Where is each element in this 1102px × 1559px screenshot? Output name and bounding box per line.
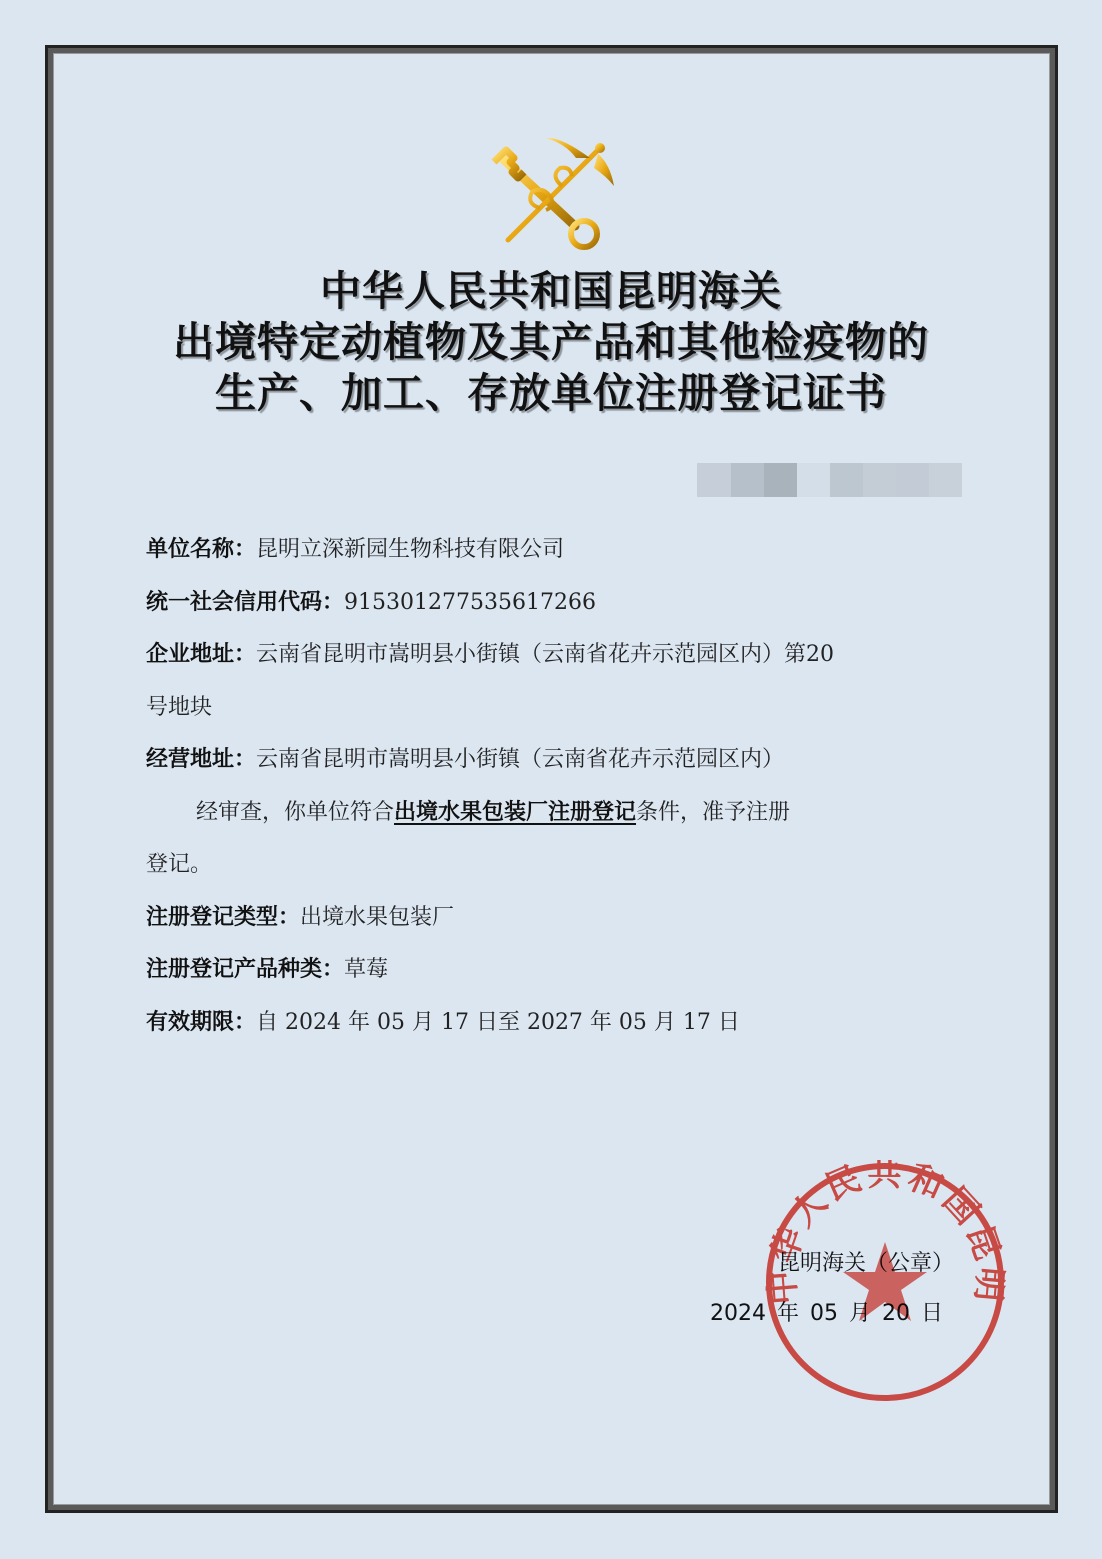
approval-highlight: 出境水果包装厂注册登记 [394, 800, 636, 825]
customs-emblem-icon [480, 128, 620, 253]
enterprise-address-value: 云南省昆明市嵩明县小街镇（云南省花卉示范园区内）第20 [256, 642, 834, 667]
approval-statement-cont: 登记。 [146, 845, 966, 898]
official-seal-icon: 中华人民共和国昆明海关 [760, 1160, 1010, 1405]
field-enterprise-address-cont: 号地块 [146, 688, 966, 741]
certificate-title: 中华人民共和国昆明海关 出境特定动植物及其产品和其他检疫物的 生产、加工、存放单… [60, 266, 1042, 419]
unit-name-label: 单位名称： [146, 537, 256, 562]
field-validity: 有效期限：自 2024 年 05 月 17 日至 2027 年 05 月 17 … [146, 1003, 966, 1056]
field-product-type: 注册登记产品种类：草莓 [146, 950, 966, 1003]
validity-label: 有效期限： [146, 1010, 256, 1035]
approval-prefix: 经审查，你单位符合 [196, 800, 394, 825]
enterprise-address-value-cont: 号地块 [146, 695, 212, 720]
certificate-number-redacted [697, 463, 962, 497]
credit-code-label: 统一社会信用代码： [146, 590, 344, 615]
field-credit-code: 统一社会信用代码：915301277535617266 [146, 583, 966, 636]
credit-code-value: 915301277535617266 [344, 590, 596, 615]
field-unit-name: 单位名称：昆明立深新园生物科技有限公司 [146, 530, 966, 583]
unit-name-value: 昆明立深新园生物科技有限公司 [256, 537, 564, 562]
enterprise-address-label: 企业地址： [146, 642, 256, 667]
validity-value: 自 2024 年 05 月 17 日至 2027 年 05 月 17 日 [256, 1010, 740, 1035]
approval-suffix: 条件，准予注册 [636, 800, 790, 825]
business-address-label: 经营地址： [146, 747, 256, 772]
product-type-value: 草莓 [344, 957, 388, 982]
certificate-fields: 单位名称：昆明立深新园生物科技有限公司 统一社会信用代码：91530127753… [146, 530, 966, 1055]
title-line-1: 中华人民共和国昆明海关 [60, 266, 1042, 317]
registration-type-label: 注册登记类型： [146, 905, 300, 930]
registration-type-value: 出境水果包装厂 [300, 905, 454, 930]
product-type-label: 注册登记产品种类： [146, 957, 344, 982]
field-enterprise-address: 企业地址：云南省昆明市嵩明县小街镇（云南省花卉示范园区内）第20 [146, 635, 966, 688]
business-address-value: 云南省昆明市嵩明县小街镇（云南省花卉示范园区内） [256, 747, 784, 772]
field-business-address: 经营地址：云南省昆明市嵩明县小街镇（云南省花卉示范园区内） [146, 740, 966, 793]
approval-line2: 登记。 [146, 852, 212, 877]
field-registration-type: 注册登记类型：出境水果包装厂 [146, 898, 966, 951]
approval-statement: 经审查，你单位符合出境水果包装厂注册登记条件，准予注册 [146, 793, 966, 846]
title-line-3: 生产、加工、存放单位注册登记证书 [60, 368, 1042, 419]
title-line-2: 出境特定动植物及其产品和其他检疫物的 [60, 317, 1042, 368]
